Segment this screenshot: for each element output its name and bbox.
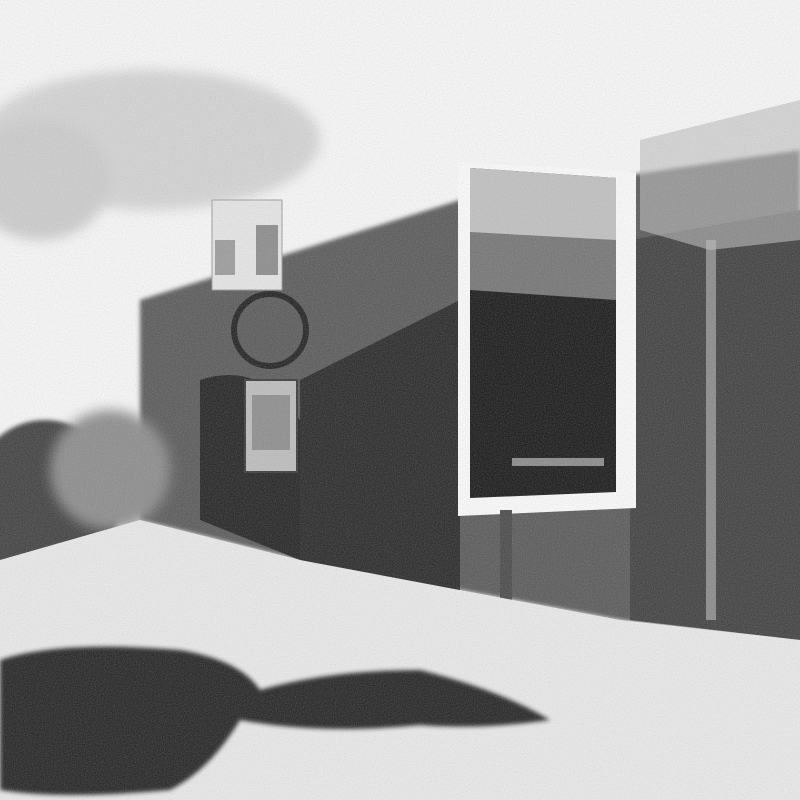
photo-illustration <box>0 0 800 800</box>
photo-scene <box>0 0 800 800</box>
grain-overlay <box>0 0 800 800</box>
